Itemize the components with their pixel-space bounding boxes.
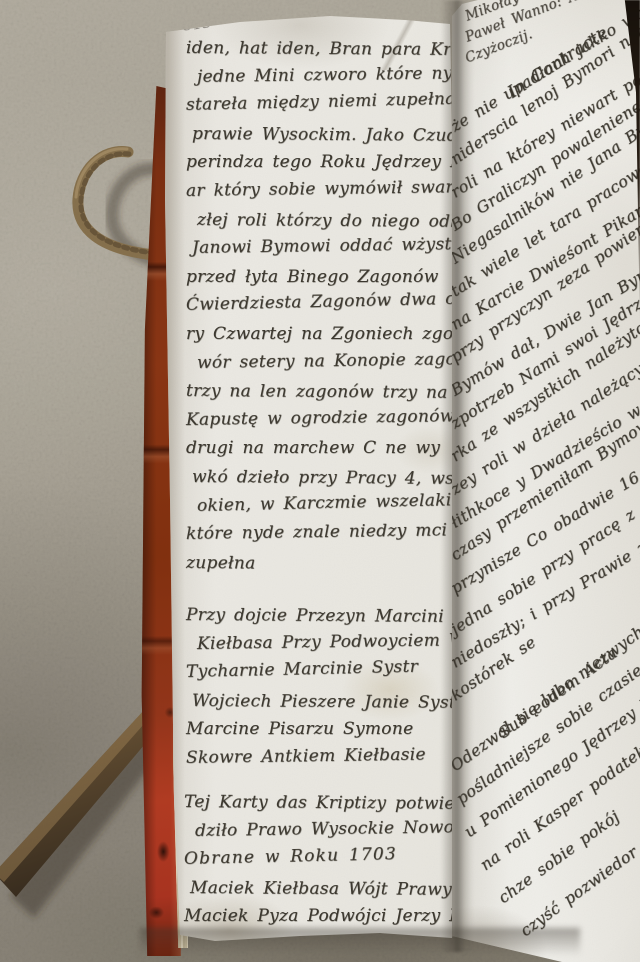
book-gutter-shadow — [436, 0, 474, 952]
book-cast-shadow — [140, 928, 580, 956]
manuscript-photo: 513 iden, hat iden, Bran para Kroajedne … — [0, 0, 640, 962]
right-page-paragraph-3: Sub eodem ActaOdezwał się lubo niezwychp… — [452, 724, 640, 955]
